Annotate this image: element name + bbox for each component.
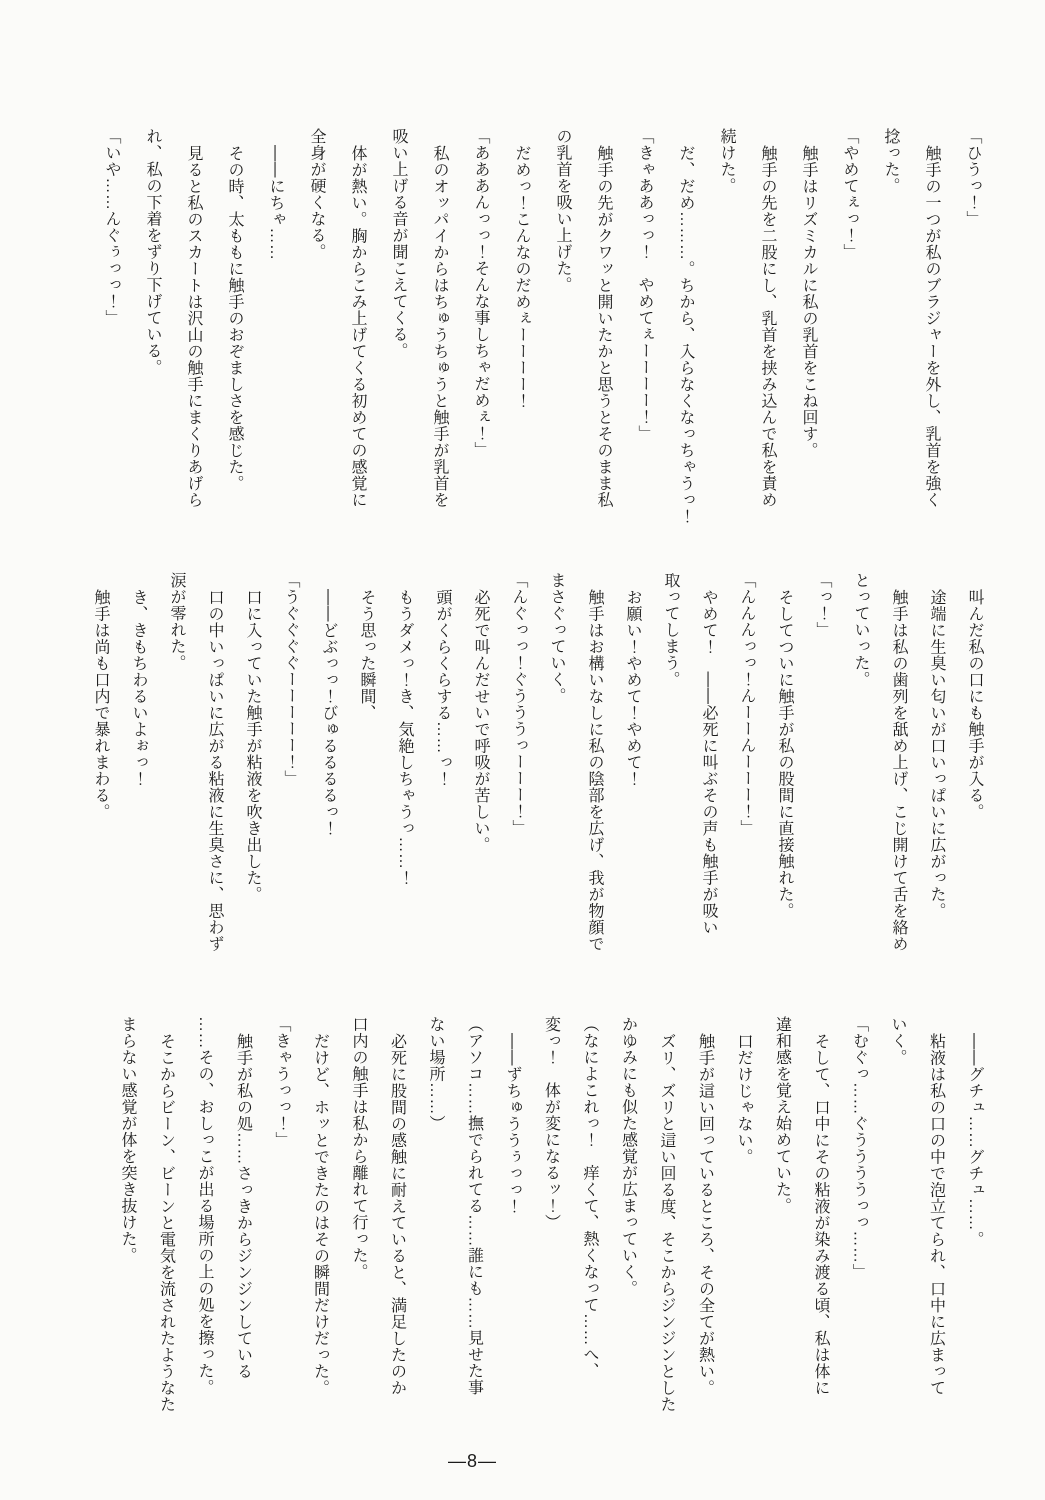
text-column: き、きもちわるいよぉっ！ xyxy=(119,572,157,1041)
text-column: その時、太ももに触手のおぞましさを感じた。 xyxy=(214,128,255,597)
text-column: かゆみにも似た感覚が広まっていく。 xyxy=(608,1016,647,1468)
text-column: 触手が私の処……さっきからジンジンしている xyxy=(223,1016,262,1485)
text-column: 「んんんっっ！んーーんーーー！」 xyxy=(727,572,765,1024)
text-band-1: 「ひうっ！」触手の一つが私のブラジャーを外し、乳首を強く捻った。「やめてぇっ！」… xyxy=(68,128,993,580)
text-column: 捻った。 xyxy=(870,128,911,580)
text-column: 叫んだ私の口にも触手が入る。 xyxy=(955,572,993,1041)
text-column: そこからビーン、ビーンと電気を流されたようなた xyxy=(146,1016,185,1485)
text-column: 触手は尚も口内で暴れまわる。 xyxy=(81,572,119,1041)
text-column: 触手が這い回っているところ、その全てが熱い。 xyxy=(685,1016,724,1485)
text-column: 触手はリズミカルに私の乳首をこね回す。 xyxy=(788,128,829,597)
text-column: 「きゃうっっ！」 xyxy=(262,1016,301,1468)
text-column: 見ると私のスカートは沢山の触手にまくりあげら xyxy=(173,128,214,597)
text-column: そう思った瞬間、 xyxy=(347,572,385,1041)
text-column: 全身が硬くなる。 xyxy=(296,128,337,580)
text-column: 触手の先がクワッと開いたかと思うとそのまま私 xyxy=(583,128,624,597)
text-column: 「あああんっっ！そんな事しちゃだめぇ！」 xyxy=(460,128,501,580)
text-column: だけど、ホッとできたのはその瞬間だけだった。 xyxy=(300,1016,339,1485)
text-column: ――グチュ……グチュ……。 xyxy=(955,1016,994,1485)
text-column: 「きゃああっっ！ やめてぇーーーー！」 xyxy=(624,128,665,580)
text-band-3: ――グチュ……グチュ……。粘液は私の口の中で泡立てられ、口中に広まっていく。「む… xyxy=(68,1016,993,1468)
text-column: 頭がくらくらする……っ！ xyxy=(423,572,461,1041)
text-column: 違和感を覚え始めていた。 xyxy=(762,1016,801,1468)
text-column: 「むぐっ……ぐううううっっ……」 xyxy=(839,1016,878,1468)
text-column: ――ずちゅううぅっっ！ xyxy=(493,1016,532,1485)
text-column: ズリ、ズリと這い回る度、そこからジンジンとした xyxy=(647,1016,686,1485)
text-column: 「っ！」 xyxy=(803,572,841,1024)
text-column: もうダメっ！き、気絶しちゃうっ……！ xyxy=(385,572,423,1041)
text-column: やめて！ ――必死に叫ぶその声も触手が吸い xyxy=(689,572,727,1041)
text-column: 口の中いっぱいに広がる粘液に生臭さに、思わず xyxy=(195,572,233,1041)
text-column: 「うぐぐぐぐーーーーー！」 xyxy=(271,572,309,1024)
text-column: 「んぐっっ！ぐうううっーーー！」 xyxy=(499,572,537,1024)
text-column: 必死で叫んだせいで呼吸が苦しい。 xyxy=(461,572,499,1041)
text-column: 「いや……んぐぅっっ！」 xyxy=(91,128,132,580)
text-column: れ、私の下着をずり下げている。 xyxy=(132,128,173,580)
text-column: 必死に股間の感触に耐えていると、満足したのか xyxy=(377,1016,416,1485)
text-column: の乳首を吸い上げた。 xyxy=(542,128,583,580)
text-column: 粘液は私の口の中で泡立てられ、口中に広まって xyxy=(916,1016,955,1485)
text-column: まらない感覚が体を突き抜けた。 xyxy=(108,1016,147,1468)
text-column: （アソコ……撫でられてる……誰にも……見せた事 xyxy=(454,1016,493,1468)
text-column: 触手の一つが私のブラジャーを外し、乳首を強く xyxy=(911,128,952,597)
text-band-2: 叫んだ私の口にも触手が入る。途端に生臭い匂いが口いっぱいに広がった。触手は私の歯… xyxy=(68,572,993,1024)
text-column: 触手は私の歯列を舐め上げ、こじ開けて舌を絡め xyxy=(879,572,917,1041)
text-column: ……その、おしっこが出る場所の上の処を擦った。 xyxy=(185,1016,224,1468)
text-column: 口内の触手は私から離れて行った。 xyxy=(339,1016,378,1468)
text-column: 体が熱い。胸からこみ上げてくる初めての感覚に xyxy=(337,128,378,597)
text-column: 触手はお構いなしに私の陰部を広げ、我が物顔で xyxy=(575,572,613,1041)
text-column: 吸い上げる音が聞こえてくる。 xyxy=(378,128,419,580)
text-column: 続けた。 xyxy=(706,128,747,580)
text-column: お願い！やめて！やめて！ xyxy=(613,572,651,1041)
text-column: 途端に生臭い匂いが口いっぱいに広がった。 xyxy=(917,572,955,1041)
text-column: 口だけじゃない。 xyxy=(724,1016,763,1485)
page: 「ひうっ！」触手の一つが私のブラジャーを外し、乳首を強く捻った。「やめてぇっ！」… xyxy=(0,0,1045,1500)
text-column: 口に入っていた触手が粘液を吹き出した。 xyxy=(233,572,271,1041)
text-column: 「やめてぇっ！」 xyxy=(829,128,870,580)
text-column: そしてついに触手が私の股間に直接触れた。 xyxy=(765,572,803,1041)
text-column: 触手の先を二股にし、乳首を挟み込んで私を責め xyxy=(747,128,788,597)
text-column: 涙が零れた。 xyxy=(157,572,195,1024)
text-column: そして、口中にその粘液が染み渡る頃、私は体に xyxy=(801,1016,840,1485)
text-column: だ、だめ………。ちから、入らなくなっちゃうっ！ xyxy=(665,128,706,597)
text-column: ない場所……） xyxy=(416,1016,455,1468)
text-column: とっていった。 xyxy=(841,572,879,1024)
text-column: だめっ！こんなのだめぇーーーー！ xyxy=(501,128,542,597)
text-column: ――どぶっっ！びゅるるるるっ！ xyxy=(309,572,347,1041)
text-column: いく。 xyxy=(878,1016,917,1468)
text-column: 取ってしまう。 xyxy=(651,572,689,1024)
text-column: 「ひうっ！」 xyxy=(952,128,993,580)
text-column: 変っ！ 体が変になるッ！） xyxy=(531,1016,570,1468)
text-column: 私のオッパイからはちゅうちゅうと触手が乳首を xyxy=(419,128,460,597)
page-number: ―8― xyxy=(0,1451,945,1472)
text-column: まさぐっていく。 xyxy=(537,572,575,1024)
text-column: ――にちゃ…… xyxy=(255,128,296,597)
text-column: （なによこれっ！ 痒くて、熱くなって……へ、 xyxy=(570,1016,609,1468)
